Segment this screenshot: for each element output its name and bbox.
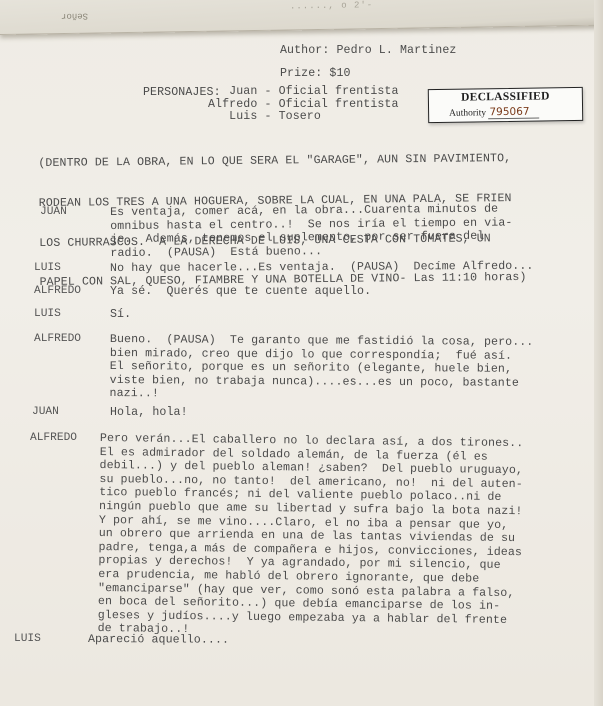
- overlapping-sheet-stamp: Señor: [61, 11, 88, 21]
- speech-text: Ya sé. Querés que te cuente aquello.: [110, 285, 371, 299]
- speech-line: nazi..!: [110, 387, 534, 404]
- speaker-name: LUIS: [14, 633, 41, 645]
- speaker-name: ALFREDO: [30, 432, 77, 444]
- speech-text: Hola, hola!: [110, 406, 188, 420]
- speaker-name: LUIS: [34, 262, 61, 274]
- speech-text: Es ventaja, comer acá, en la obra...Cuar…: [110, 202, 513, 260]
- speech-text: Bueno. (PAUSA) Te garanto que me fastidi…: [110, 333, 534, 404]
- cast-item: Juan - Oficial frentista: [208, 86, 399, 99]
- authority-number: 795067: [488, 106, 539, 120]
- speaker-name: LUIS: [34, 308, 61, 320]
- speech-line: Hola, hola!: [110, 406, 188, 420]
- speech-line: Apareció aquello....: [88, 633, 229, 647]
- author-line: Author: Pedro L. Martinez: [280, 44, 456, 57]
- speaker-name: ALFREDO: [34, 333, 81, 345]
- speech-text: Sí.: [110, 308, 131, 322]
- cast-list: Juan - Oficial frentista Alfredo - Ofici…: [208, 86, 399, 124]
- prize-line: Prize: $10: [280, 67, 351, 80]
- speech-line: No hay que hacerle...Es ventaja. (PAUSA)…: [110, 260, 534, 276]
- speech-line: Sí.: [110, 308, 131, 322]
- speech-text: No hay que hacerle...Es ventaja. (PAUSA)…: [110, 260, 534, 276]
- speaker-name: JUAN: [32, 406, 59, 418]
- overlapping-sheet: Señor ......, o 2'-: [0, 0, 603, 35]
- speech-text: Pero verán...El caballero no lo declara …: [98, 432, 524, 641]
- speech-line: Ya sé. Querés que te cuente aquello.: [110, 285, 371, 299]
- speaker-name: ALFREDO: [34, 285, 81, 297]
- page-edge: [594, 0, 603, 706]
- typewritten-page: Señor ......, o 2'- Author: Pedro L. Mar…: [0, 0, 603, 706]
- declassified-stamp: DECLASSIFIED Authority 795067: [428, 87, 583, 123]
- overlapping-sheet-faint-text: ......, o 2'-: [290, 0, 373, 11]
- speaker-name: JUAN: [40, 206, 67, 218]
- speech-text: Apareció aquello....: [88, 633, 229, 647]
- stage-direction-line: (DENTRO DE LA OBRA, EN LO QUE SERA EL "G…: [38, 152, 548, 171]
- cast-item: Luis - Tosero: [208, 111, 399, 124]
- authority-label: Authority: [449, 108, 486, 119]
- declassified-title: DECLASSIFIED: [429, 90, 582, 104]
- authority-line: Authority 795067: [449, 106, 540, 119]
